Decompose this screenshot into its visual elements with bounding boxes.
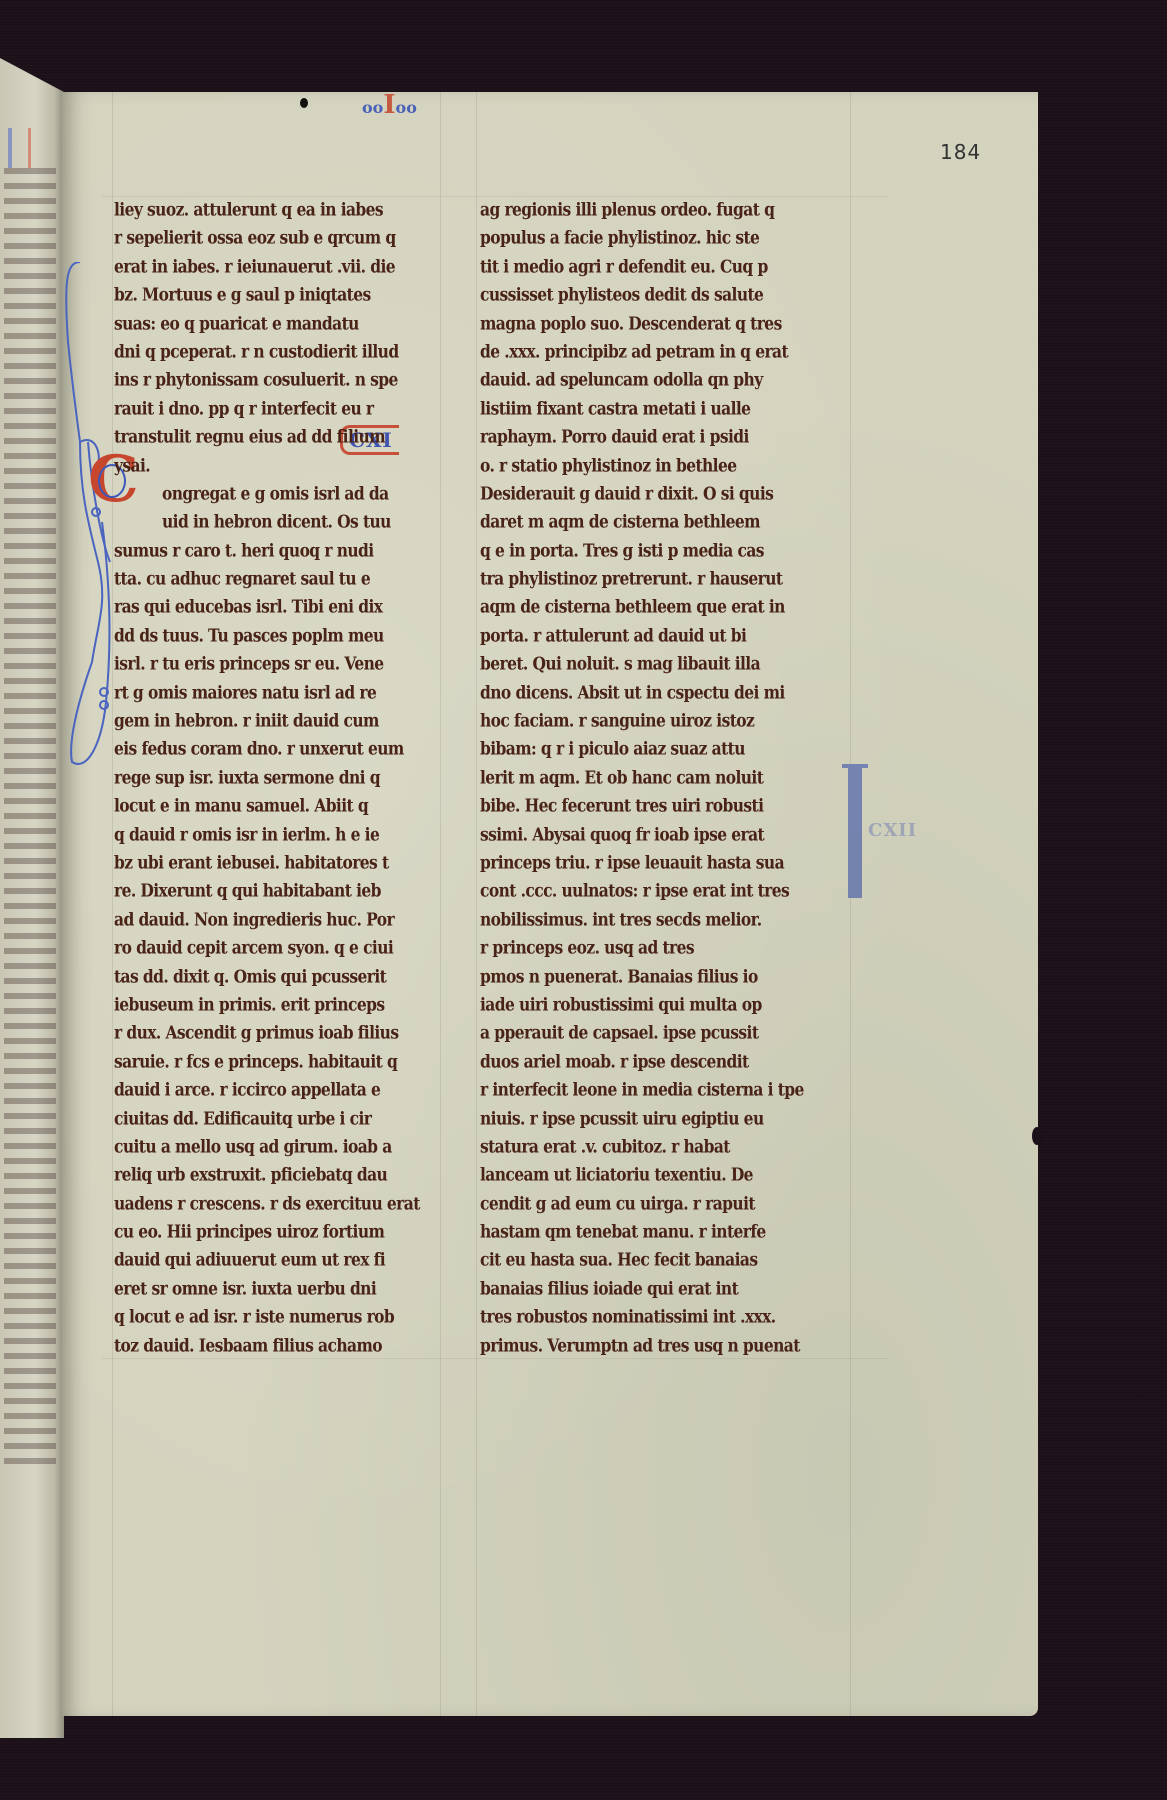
text-line: toz dauid. Iesbaam filius achamo [114,1329,439,1362]
text-line: dauid i arce. r iccirco appellata e [114,1074,439,1107]
running-head: ooIoo [362,90,417,120]
running-head-letter: I [383,90,395,120]
ruling-line [850,92,851,1716]
text-column-left: liey suoz. attulerunt q ea in iabes r se… [114,196,439,1360]
text-line: r princeps eoz. usq ad tres [480,932,850,965]
manuscript-page: ooIoo 184 C CXI CXII liey suoz. attuleru… [62,92,1038,1716]
folio-number: 184 [940,140,981,164]
ruling-line [440,92,441,1716]
text-line: bibe. Hec fecerunt tres uiri robusti [480,790,850,823]
text-line: transtulit regnu eius ad dd filium [114,421,439,454]
verso-initial-fragment [8,128,31,168]
text-line: ro dauid cepit arcem syon. q e ciui [114,932,439,965]
verso-page-edge [0,58,64,1738]
verso-text-fragment [4,168,56,1468]
text-line: locut e in manu samuel. Abiit q [114,790,439,823]
text-line: primus. Verumptn ad tres usq n puenat [480,1329,850,1362]
text-line: tres robustos nominatissimi int .xxx. [480,1301,850,1334]
text-column-right: ag regionis illi plenus ordeo. fugat q p… [480,196,850,1360]
text-line: q locut e ad isr. r iste numerus rob [114,1301,439,1334]
decorated-initial-i [848,764,862,898]
text-line: raphaym. Porro dauid erat i psidi [480,421,850,454]
ruling-line [476,92,477,1716]
text-line: bz. Mortuus e g saul p iniqtates [114,279,439,312]
page-notch [1032,1127,1042,1145]
text-line: isrl. r tu eris princeps sr eu. Vene [114,648,439,681]
ink-blot [300,98,308,108]
text-line: cussisset phylisteos dedit ds salute [480,279,850,312]
text-line: r interfecit leone in media cisterna i t… [480,1074,850,1107]
text-line: beret. Qui noluit. s mag libauit illa [480,648,850,681]
chapter-rubric-cxii: CXII [868,820,917,841]
